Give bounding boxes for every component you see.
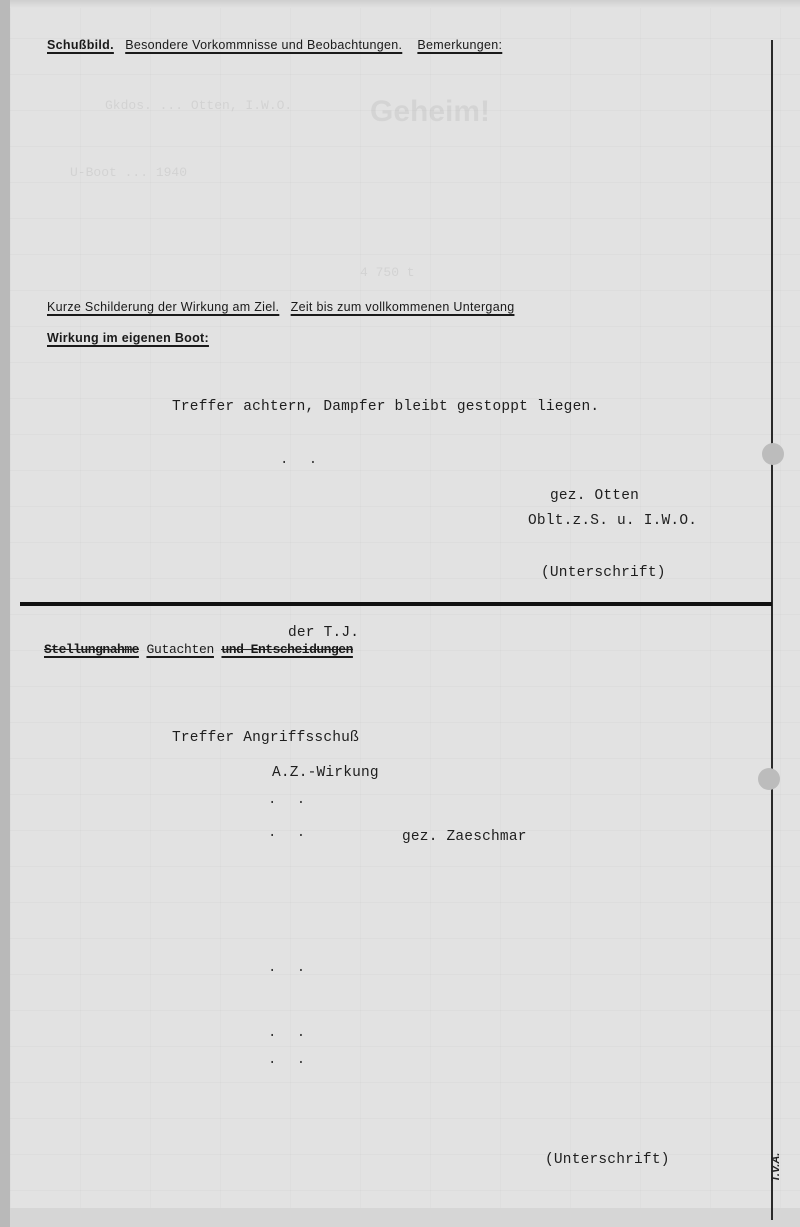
header-bemerkungen: Bemerkungen: [417,38,502,52]
ditto-mark: . . [268,792,311,808]
tva-stamp: T.V.A. [770,1153,782,1182]
section2-header-line2: Wirkung im eigenen Boot: [47,331,209,345]
header-gutachten: Gutachten [146,642,214,657]
section1-header: Schußbild. Besondere Vorkommnisse und Be… [47,38,502,52]
header-schilderung: Kurze Schilderung der Wirkung am Ziel. [47,300,279,314]
section3-header: Stellungnahme Gutachten und Entscheidung… [44,642,353,657]
header-entscheidungen-struck: und Entscheidungen [221,642,352,657]
ditto-mark: . . [268,1052,311,1068]
ditto-mark: . . [268,825,311,841]
punch-hole [758,768,780,790]
punch-hole [762,443,784,465]
document-page [10,0,800,1227]
page-top-shadow [10,0,800,8]
header-stellungnahme-struck: Stellungnahme [44,642,139,657]
effect-statement: Treffer achtern, Dampfer bleibt gestoppt… [172,399,599,415]
page-bottom-band [10,1208,800,1227]
assessment-line2: A.Z.-Wirkung [272,765,379,781]
signer-rank: Oblt.z.S. u. I.W.O. [528,513,697,529]
bleed-through-line: U-Boot ... 1940 [70,165,187,180]
ditto-mark: . . [268,1025,311,1041]
signature-label: (Unterschrift) [541,565,666,581]
signed-name: gez. Otten [550,488,639,504]
ditto-mark: . . [268,960,311,976]
header-vorkommnisse: Besondere Vorkommnisse und Beobachtungen… [125,38,402,52]
header-untergang: Zeit bis zum vollkommenen Untergang [291,300,515,314]
header-insert-tj: der T.J. [288,625,359,641]
assessment-line1: Treffer Angriffsschuß [172,730,359,746]
bleed-through-line: Gkdos. ... Otten, I.W.O. [105,98,292,113]
bleed-through-watermark: Geheim! [370,95,490,129]
header-schussbild: Schußbild. [47,38,114,52]
margin-rule [771,40,773,1220]
assessment-signature-label: (Unterschrift) [545,1152,670,1168]
ditto-mark: . . [280,452,323,468]
section-divider [20,602,772,606]
bleed-through-line: 4 750 t [360,265,415,280]
section2-header-line1: Kurze Schilderung der Wirkung am Ziel. Z… [47,300,514,314]
assessment-signed: gez. Zaeschmar [402,829,527,845]
header-wirkung-boot: Wirkung im eigenen Boot: [47,331,209,345]
